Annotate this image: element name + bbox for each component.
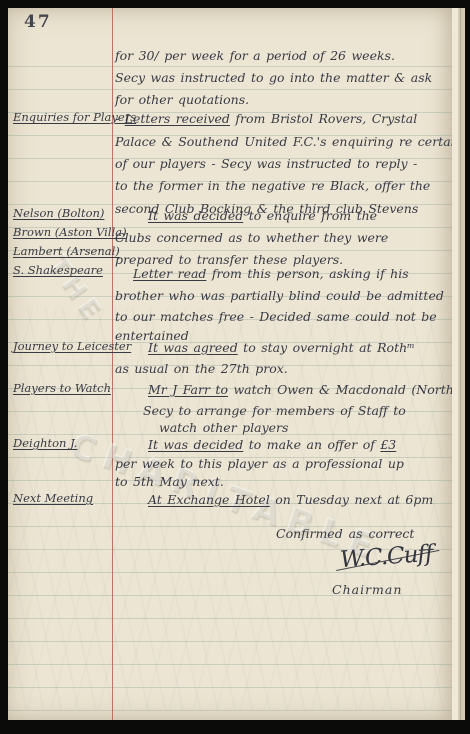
margin-label-nelson-bolton: Nelson (Bolton) bbox=[13, 207, 104, 220]
margin-label-journey-to-leicester: Journey to Leicester bbox=[13, 340, 111, 353]
minute-line: Letter read from this person, asking if … bbox=[115, 266, 470, 281]
minute-text: watch Owen & Macdonald (Northwich) bbox=[228, 382, 470, 397]
margin-label-enquiries-for-players: Enquiries for Players bbox=[13, 111, 111, 124]
minute-book-scan: { "page": { "number": "47" }, "watermark… bbox=[0, 0, 470, 734]
minute-line: Clubs concerned as to whether they were bbox=[115, 230, 455, 245]
minute-line: per week to this player as a professiona… bbox=[115, 456, 455, 471]
margin-label-brown-aston-villa: Brown (Aston Villa) bbox=[13, 226, 111, 239]
minute-line: At Exchange Hotel on Tuesday next at 6pm bbox=[115, 492, 470, 507]
minute-text-underlined: Letter read bbox=[133, 266, 206, 281]
minute-text: to make an offer of bbox=[243, 437, 380, 452]
minute-text: Clubs concerned as to whether they were bbox=[115, 230, 388, 245]
minute-text-underlined: £3 bbox=[380, 437, 396, 452]
minute-line: to the former in the negative re Black, … bbox=[115, 178, 455, 193]
margin-label-deighton-j: Deighton J. bbox=[13, 437, 77, 450]
minute-text: for other quotations. bbox=[115, 92, 249, 107]
margin-label-s-shakespeare: S. Shakespeare bbox=[13, 264, 103, 277]
minute-text: as usual on the 27th prox. bbox=[115, 361, 288, 376]
minute-text-underlined: Mr J Farr to bbox=[148, 382, 228, 397]
minute-text: for 30/ per week for a period of 26 week… bbox=[115, 48, 395, 63]
scan-border-bottom bbox=[0, 720, 470, 734]
minute-line: Secy was instructed to go into the matte… bbox=[115, 70, 455, 85]
minute-line: - Letters received from Bristol Rovers, … bbox=[115, 111, 455, 126]
minute-text: to the former in the negative re Black, … bbox=[115, 178, 430, 193]
minute-line: Palace & Southend United F.C.'s enquirin… bbox=[115, 134, 455, 149]
confirmed-as-correct-text: Confirmed as correct bbox=[276, 526, 414, 541]
margin-label-next-meeting: Next Meeting bbox=[13, 492, 93, 505]
minute-line: prepared to transfer these players. bbox=[115, 252, 455, 267]
minute-text: Secy to arrange for members of Staff to bbox=[143, 403, 406, 418]
minute-line: to 5th May next. bbox=[115, 474, 455, 489]
minute-text: to 5th May next. bbox=[115, 474, 224, 489]
minute-text: brother who was partially blind could be… bbox=[115, 288, 444, 303]
minute-line: brother who was partially blind could be… bbox=[115, 288, 455, 303]
minute-line: Mr J Farr to watch Owen & Macdonald (Nor… bbox=[115, 382, 470, 397]
minute-line: It was agreed to stay overnight at Rothᵐ bbox=[115, 340, 470, 355]
chairman-signature: W.C.Cuff bbox=[339, 541, 433, 573]
minute-text-underlined: It was decided bbox=[148, 437, 243, 452]
minute-line: for 30/ per week for a period of 26 week… bbox=[115, 48, 455, 63]
book-page-edges bbox=[458, 8, 465, 720]
minute-line: It was decided to make an offer of £3 bbox=[115, 437, 470, 452]
margin-label-players-to-watch: Players to Watch bbox=[13, 382, 111, 395]
minute-line: to our matches free - Decided same could… bbox=[115, 309, 455, 324]
minute-line: as usual on the 27th prox. bbox=[115, 361, 455, 376]
scan-border-right bbox=[465, 0, 470, 734]
minute-text: prepared to transfer these players. bbox=[115, 252, 343, 267]
margin-label-lambert-arsenal: Lambert (Arsenal) bbox=[13, 245, 111, 258]
minute-text: from Bristol Rovers, Crystal bbox=[230, 111, 417, 126]
minute-text: Secy was instructed to go into the matte… bbox=[115, 70, 432, 85]
minute-text: on Tuesday next at 6pm bbox=[270, 492, 433, 507]
minute-text-underlined: It was decided bbox=[148, 208, 243, 223]
ledger-page: THE CHARITABLE 47 Enquiries for Players … bbox=[8, 8, 452, 720]
chairman-title: Chairman bbox=[332, 582, 402, 597]
minute-line: It was decided to enquire from the bbox=[115, 208, 470, 223]
minute-text: to stay overnight at Rothᵐ bbox=[238, 340, 415, 355]
minute-line: Secy to arrange for members of Staff to bbox=[115, 403, 470, 418]
minute-text-underlined: Letters received bbox=[125, 111, 230, 126]
minute-text: from this person, asking if his bbox=[206, 266, 408, 281]
page-number: 47 bbox=[24, 12, 52, 32]
minute-text: to enquire from the bbox=[243, 208, 377, 223]
minute-text: to our matches free - Decided same could… bbox=[115, 309, 437, 324]
minute-line: for other quotations. bbox=[115, 92, 455, 107]
minute-text-underlined: It was agreed bbox=[148, 340, 238, 355]
minute-text: Palace & Southend United F.C.'s enquirin… bbox=[115, 134, 463, 149]
minute-text: watch other players bbox=[159, 420, 288, 435]
minute-line: of our players - Secy was instructed to … bbox=[115, 156, 455, 171]
minute-text: - bbox=[115, 111, 125, 126]
minute-text-underlined: At Exchange Hotel bbox=[148, 492, 270, 507]
minute-line: watch other players bbox=[115, 420, 470, 435]
minute-text: per week to this player as a professiona… bbox=[115, 456, 404, 471]
minute-text: of our players - Secy was instructed to … bbox=[115, 156, 417, 171]
